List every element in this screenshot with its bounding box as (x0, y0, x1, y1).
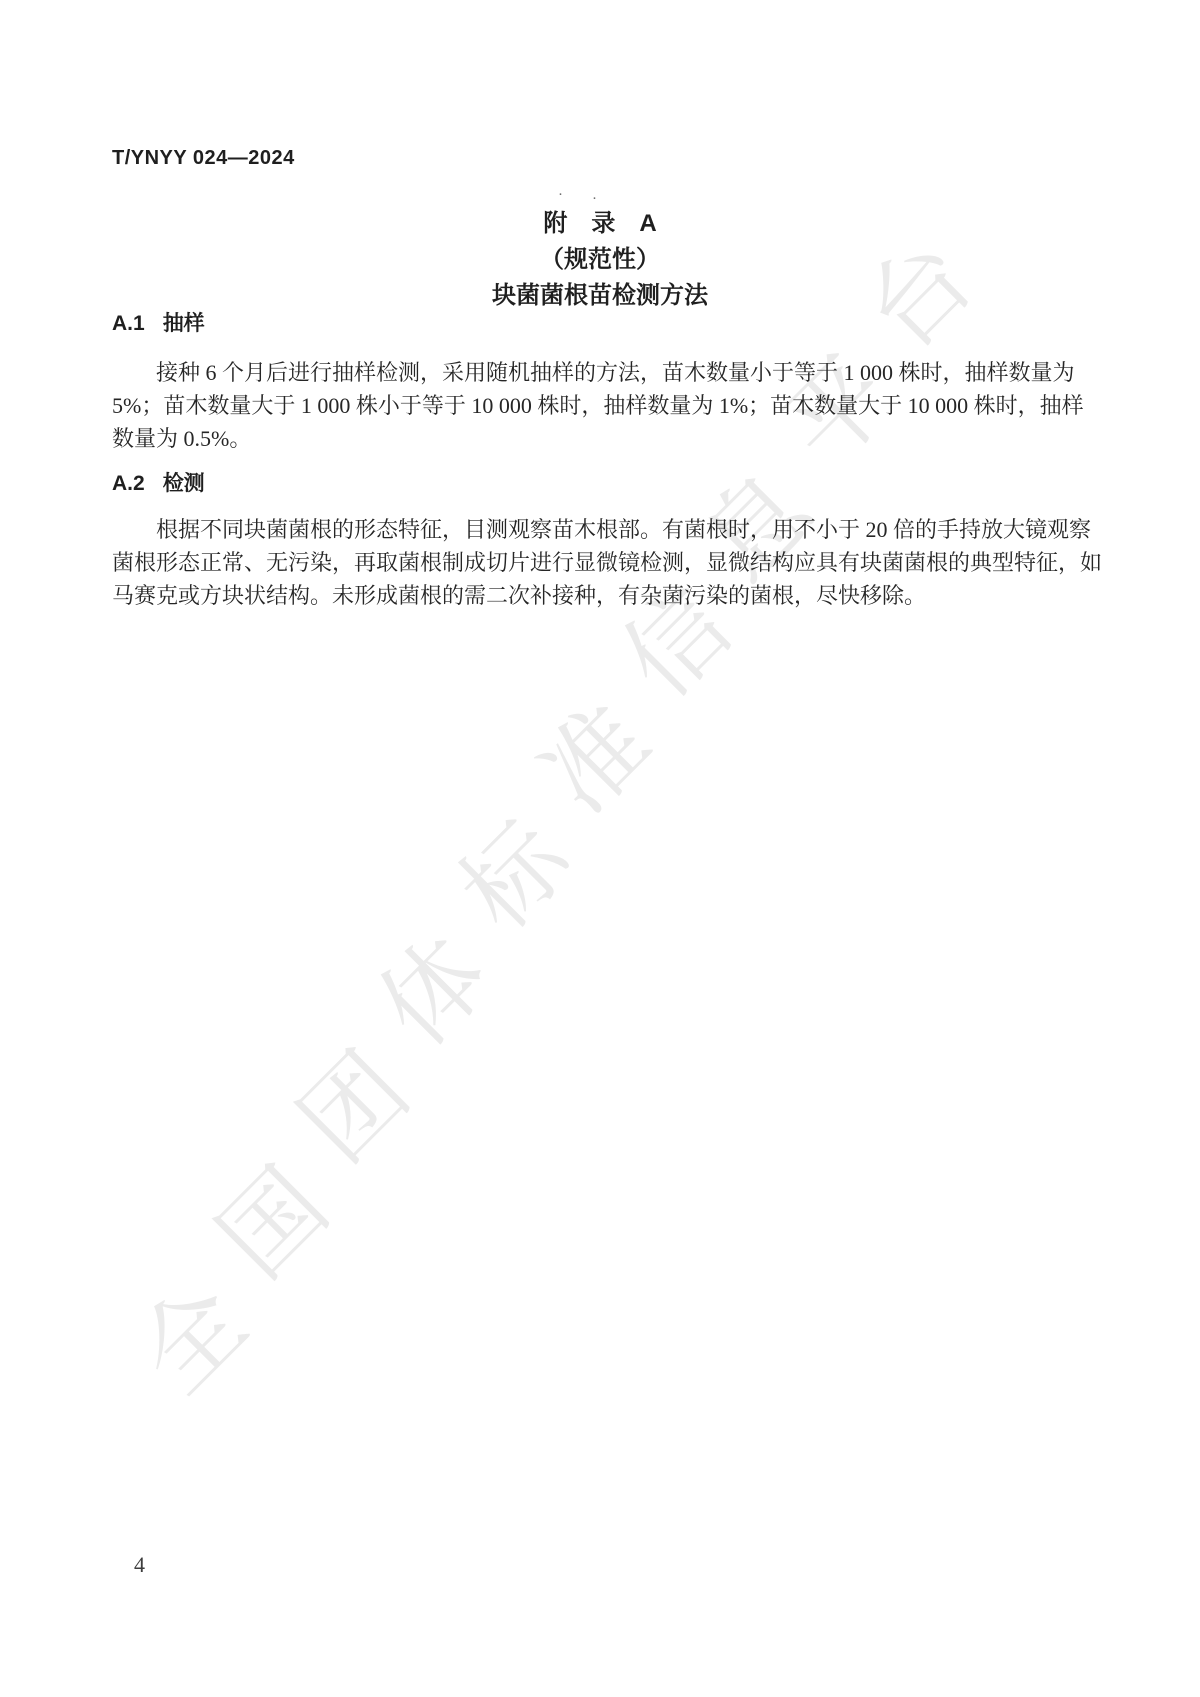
scan-dot-mark: · (558, 190, 563, 200)
section-a2-paragraph: 根据不同块菌菌根的形态特征，目测观察苗木根部。有菌根时，用不小于 20 倍的手持… (112, 513, 1072, 612)
scan-dot-mark: · (592, 194, 597, 204)
appendix-title: 附 录 A (0, 206, 1200, 242)
section-number: A.1 (112, 312, 145, 335)
section-heading-label: 检测 (163, 472, 205, 495)
appendix-subject-title: 块菌菌根苗检测方法 (0, 278, 1200, 314)
paragraph-line: 5%；苗木数量大于 1 000 株小于等于 10 000 株时，抽样数量为 1%… (112, 389, 1072, 422)
section-heading-a1: A.1抽样 (112, 312, 205, 336)
document-page: 全国团体标准信息平台 T/YNYY 024—2024 · · 附 录 A （规范… (0, 0, 1200, 1697)
appendix-normative-label: （规范性） (0, 242, 1200, 278)
section-heading-label: 抽样 (163, 312, 205, 335)
section-number: A.2 (112, 472, 145, 495)
page-number: 4 (134, 1552, 145, 1578)
page-content: T/YNYY 024—2024 · · 附 录 A （规范性） 块菌菌根苗检测方… (0, 0, 1200, 1697)
paragraph-line: 菌根形态正常、无污染，再取菌根制成切片进行显微镜检测，显微结构应具有块菌菌根的典… (112, 546, 1072, 579)
appendix-title-block: 附 录 A （规范性） 块菌菌根苗检测方法 (0, 206, 1200, 314)
paragraph-line: 马赛克或方块状结构。未形成菌根的需二次补接种，有杂菌污染的菌根，尽快移除。 (112, 579, 1072, 612)
paragraph-line: 接种 6 个月后进行抽样检测，采用随机抽样的方法，苗木数量小于等于 1 000 … (112, 356, 1072, 389)
section-a1-paragraph: 接种 6 个月后进行抽样检测，采用随机抽样的方法，苗木数量小于等于 1 000 … (112, 356, 1072, 455)
section-heading-a2: A.2检测 (112, 472, 205, 496)
paragraph-line: 根据不同块菌菌根的形态特征，目测观察苗木根部。有菌根时，用不小于 20 倍的手持… (112, 513, 1072, 546)
standard-code: T/YNYY 024—2024 (112, 146, 295, 170)
paragraph-line: 数量为 0.5%。 (112, 422, 1072, 455)
